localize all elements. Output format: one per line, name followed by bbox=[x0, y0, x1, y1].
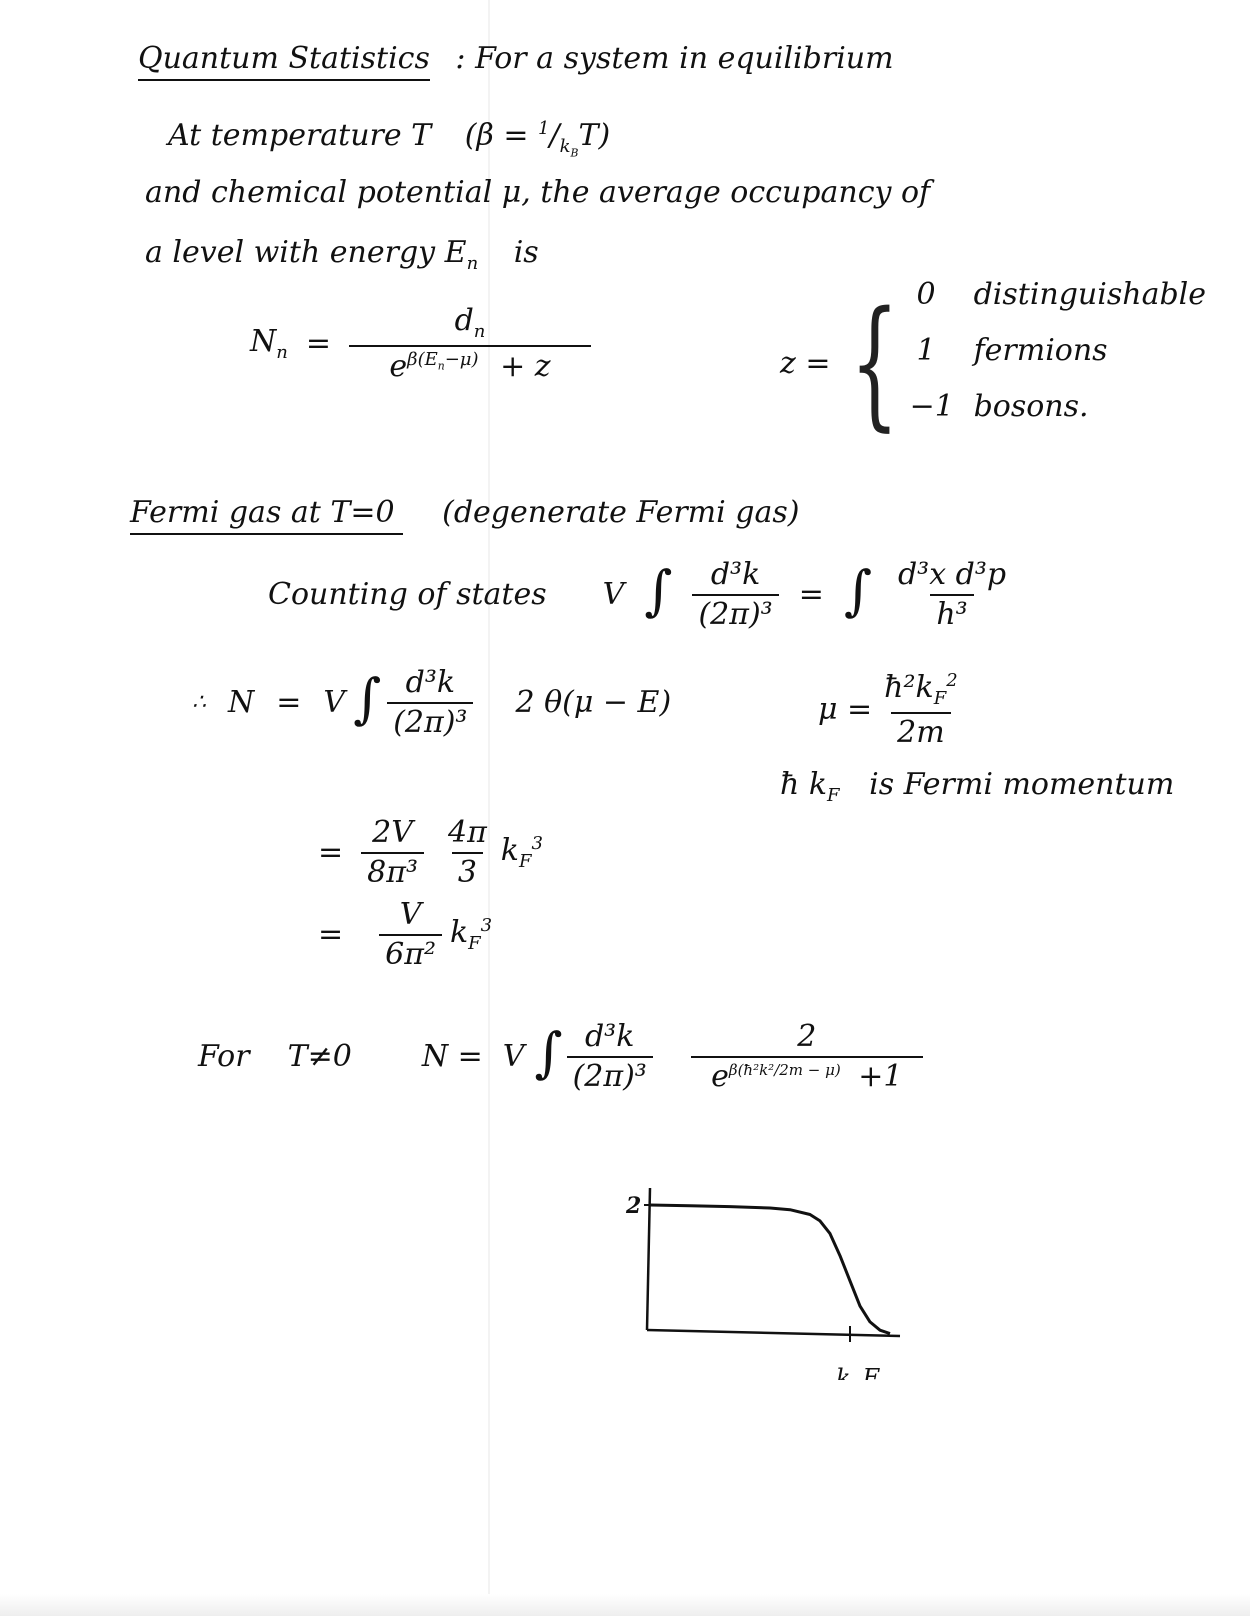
y-tick-label: 2 bbox=[625, 1193, 641, 1219]
n-theta: 2 θ(μ − E) bbox=[515, 688, 671, 718]
mu-den: 2m bbox=[891, 712, 951, 748]
counting-lhs-num: d³k bbox=[705, 560, 766, 594]
x-tick-label: k_F bbox=[836, 1364, 881, 1380]
energy-level-sub: n bbox=[467, 253, 479, 274]
z-case-label: bosons. bbox=[974, 392, 1089, 422]
fermi-momentum-text: is Fermi momentum bbox=[869, 767, 1174, 802]
step2-equals: = bbox=[318, 920, 343, 950]
occupancy-fraction: dn eβ(En−μ) + z bbox=[349, 306, 591, 382]
z-case-value: 1 bbox=[910, 336, 936, 366]
section-fermi-gas-heading: Fermi gas at T=0 (degenerate Fermi gas) bbox=[130, 498, 799, 528]
z-case-list: 0distinguishable1fermions−1bosons. bbox=[910, 280, 1206, 448]
step1-fraction2: 4π 3 bbox=[442, 818, 493, 888]
n-den: (2π)³ bbox=[387, 702, 473, 738]
hbar-kf: ħ k bbox=[780, 767, 827, 802]
counting-rhs-num: d³x d³p bbox=[892, 560, 1012, 594]
counting-of-states-line: Counting of states V ∫ d³k (2π)³ = ∫ d³x… bbox=[268, 560, 1012, 630]
energy-level-line: a level with energy En is bbox=[145, 238, 539, 273]
z-case-row: 1fermions bbox=[910, 336, 1206, 392]
n-integral-line: ∴ N = V ∫ d³k (2π)³ 2 θ(μ − E) bbox=[192, 668, 671, 738]
formula-lhs: Nn bbox=[250, 327, 288, 362]
step2-tail: kF3 bbox=[450, 917, 492, 953]
fd-e: e bbox=[711, 1059, 729, 1094]
num-sub: n bbox=[474, 321, 486, 342]
z-case-label: fermions bbox=[974, 336, 1108, 366]
step1-k-sup: 3 bbox=[531, 833, 542, 854]
step1-f2-den: 3 bbox=[452, 852, 483, 888]
left-brace: { bbox=[851, 294, 900, 434]
fd-exp: β(ħ²k²/2m − μ) bbox=[729, 1061, 841, 1079]
step2-fraction: V 6π² bbox=[379, 900, 442, 970]
formula-lhs-sub: n bbox=[276, 342, 288, 363]
den-e: e bbox=[389, 349, 407, 384]
n-fraction: d³k (2π)³ bbox=[387, 668, 473, 738]
z-case-value: 0 bbox=[910, 280, 936, 310]
integral-sign: ∫ bbox=[534, 1026, 562, 1080]
mu-num-sup: 2 bbox=[946, 670, 957, 691]
z-case-row: −1bosons. bbox=[910, 392, 1206, 448]
fd-tail: +1 bbox=[858, 1059, 902, 1094]
finite-v: V bbox=[503, 1042, 525, 1072]
counting-rhs-fraction: d³x d³p h³ bbox=[892, 560, 1012, 630]
mu-lhs: μ = bbox=[818, 695, 872, 725]
counting-rhs-den: h³ bbox=[930, 594, 973, 630]
integral-sign: ∫ bbox=[353, 672, 381, 726]
integral-sign: ∫ bbox=[844, 564, 872, 618]
counting-label: Counting of states bbox=[268, 580, 547, 610]
mu-fraction: ħ²kF2 2m bbox=[878, 672, 963, 748]
beta-den: k bbox=[560, 136, 571, 157]
mu-num-sub: F bbox=[934, 688, 947, 709]
x-axis bbox=[647, 1330, 900, 1336]
step1-line: = 2V 8π³ 4π 3 kF3 bbox=[318, 818, 543, 888]
beta-lhs: (β = bbox=[465, 118, 538, 153]
occupancy-formula: Nn = dn eβ(En−μ) + z bbox=[250, 306, 591, 382]
step1-equals: = bbox=[318, 838, 343, 868]
counting-lhs-fraction: d³k (2π)³ bbox=[692, 560, 778, 630]
mu-num: ħ²kF2 bbox=[878, 672, 963, 712]
formula-equals: = bbox=[306, 329, 331, 359]
section-title-suffix: : For a system in equilibrium bbox=[455, 41, 893, 76]
for-label: For bbox=[198, 1042, 250, 1072]
occupancy-sketch-chart: 2k_F bbox=[620, 1180, 920, 1380]
beta-den-tail: T) bbox=[578, 118, 610, 153]
fermi-momentum-note: ħ kF is Fermi momentum bbox=[780, 770, 1174, 805]
n-equals: = bbox=[276, 688, 301, 718]
formula-lhs-n: N bbox=[250, 324, 276, 359]
mu-definition: μ = ħ²kF2 2m bbox=[818, 672, 964, 748]
n-v: V bbox=[323, 688, 345, 718]
beta-definition: (β = 1/kBT) bbox=[465, 118, 610, 153]
section-quantum-statistics-heading: Quantum Statistics : For a system in equ… bbox=[138, 44, 894, 74]
fermi-gas-subtitle: (degenerate Fermi gas) bbox=[442, 495, 799, 530]
t-nonzero: T≠0 bbox=[288, 1042, 352, 1072]
num-d: d bbox=[455, 303, 474, 338]
step1-f2-num: 4π bbox=[442, 818, 493, 852]
fraction-numerator: dn bbox=[449, 306, 492, 345]
z-case-value: −1 bbox=[910, 392, 936, 422]
fermi-gas-title: Fermi gas at T=0 bbox=[130, 495, 403, 535]
fd-num: 2 bbox=[791, 1022, 822, 1056]
den-exp: β(E bbox=[407, 349, 438, 370]
energy-level-is: is bbox=[514, 235, 539, 270]
integral-sign: ∫ bbox=[644, 564, 672, 618]
beta-num: 1 bbox=[538, 118, 549, 139]
n-lhs: N bbox=[228, 688, 254, 718]
section-title: Quantum Statistics bbox=[138, 41, 430, 81]
mu-num-base: ħ²k bbox=[884, 670, 934, 705]
counting-v: V bbox=[603, 580, 625, 610]
step1-k: k bbox=[501, 833, 519, 868]
counting-equals: = bbox=[799, 580, 824, 610]
finite-temperature-line: For T≠0 N = V ∫ d³k (2π)³ 2 eβ(ħ²k²/2m −… bbox=[198, 1022, 923, 1092]
z-cases: z = { 0distinguishable1fermions−1bosons. bbox=[780, 280, 1206, 448]
n-equals-finite: N = bbox=[422, 1042, 483, 1072]
finite-int-den: (2π)³ bbox=[567, 1056, 653, 1092]
den-exp-sub: n bbox=[438, 360, 445, 373]
y-axis bbox=[647, 1188, 650, 1330]
fd-den: eβ(ħ²k²/2m − μ) +1 bbox=[691, 1056, 923, 1092]
step1-k-sub: F bbox=[519, 851, 532, 872]
occupancy-curve bbox=[650, 1205, 890, 1334]
temperature-text: At temperature T bbox=[168, 118, 431, 153]
step2-line: = V 6π² kF3 bbox=[318, 900, 492, 970]
den-exp-tail: −μ) bbox=[445, 349, 479, 370]
kf-sub: F bbox=[827, 785, 840, 806]
step2-k-sub: F bbox=[468, 933, 481, 954]
step1-fraction1: 2V 8π³ bbox=[361, 818, 424, 888]
step2-den: 6π² bbox=[379, 934, 442, 970]
scan-bottom-shade bbox=[0, 1594, 1250, 1616]
fraction-denominator: eβ(En−μ) + z bbox=[349, 345, 591, 382]
z-lhs: z = bbox=[780, 349, 830, 379]
chemical-potential-line: and chemical potential μ, the average oc… bbox=[145, 178, 930, 208]
step1-f1-den: 8π³ bbox=[361, 852, 424, 888]
finite-int-num: d³k bbox=[579, 1022, 640, 1056]
therefore-symbol: ∴ bbox=[192, 692, 206, 714]
counting-lhs-den: (2π)³ bbox=[692, 594, 778, 630]
temperature-line: At temperature T (β = 1/kBT) bbox=[168, 120, 610, 159]
fermi-dirac-fraction: 2 eβ(ħ²k²/2m − μ) +1 bbox=[691, 1022, 923, 1092]
n-num: d³k bbox=[400, 668, 461, 702]
step2-num: V bbox=[394, 900, 428, 934]
step1-tail: kF3 bbox=[501, 835, 543, 871]
energy-level-text: a level with energy E bbox=[145, 235, 467, 270]
step2-k-sup: 3 bbox=[481, 915, 492, 936]
den-tail: + z bbox=[500, 349, 550, 384]
step1-f1-num: 2V bbox=[366, 818, 419, 852]
step2-k: k bbox=[450, 915, 468, 950]
finite-int-fraction: d³k (2π)³ bbox=[567, 1022, 653, 1092]
z-case-label: distinguishable bbox=[974, 280, 1206, 310]
z-case-row: 0distinguishable bbox=[910, 280, 1206, 336]
